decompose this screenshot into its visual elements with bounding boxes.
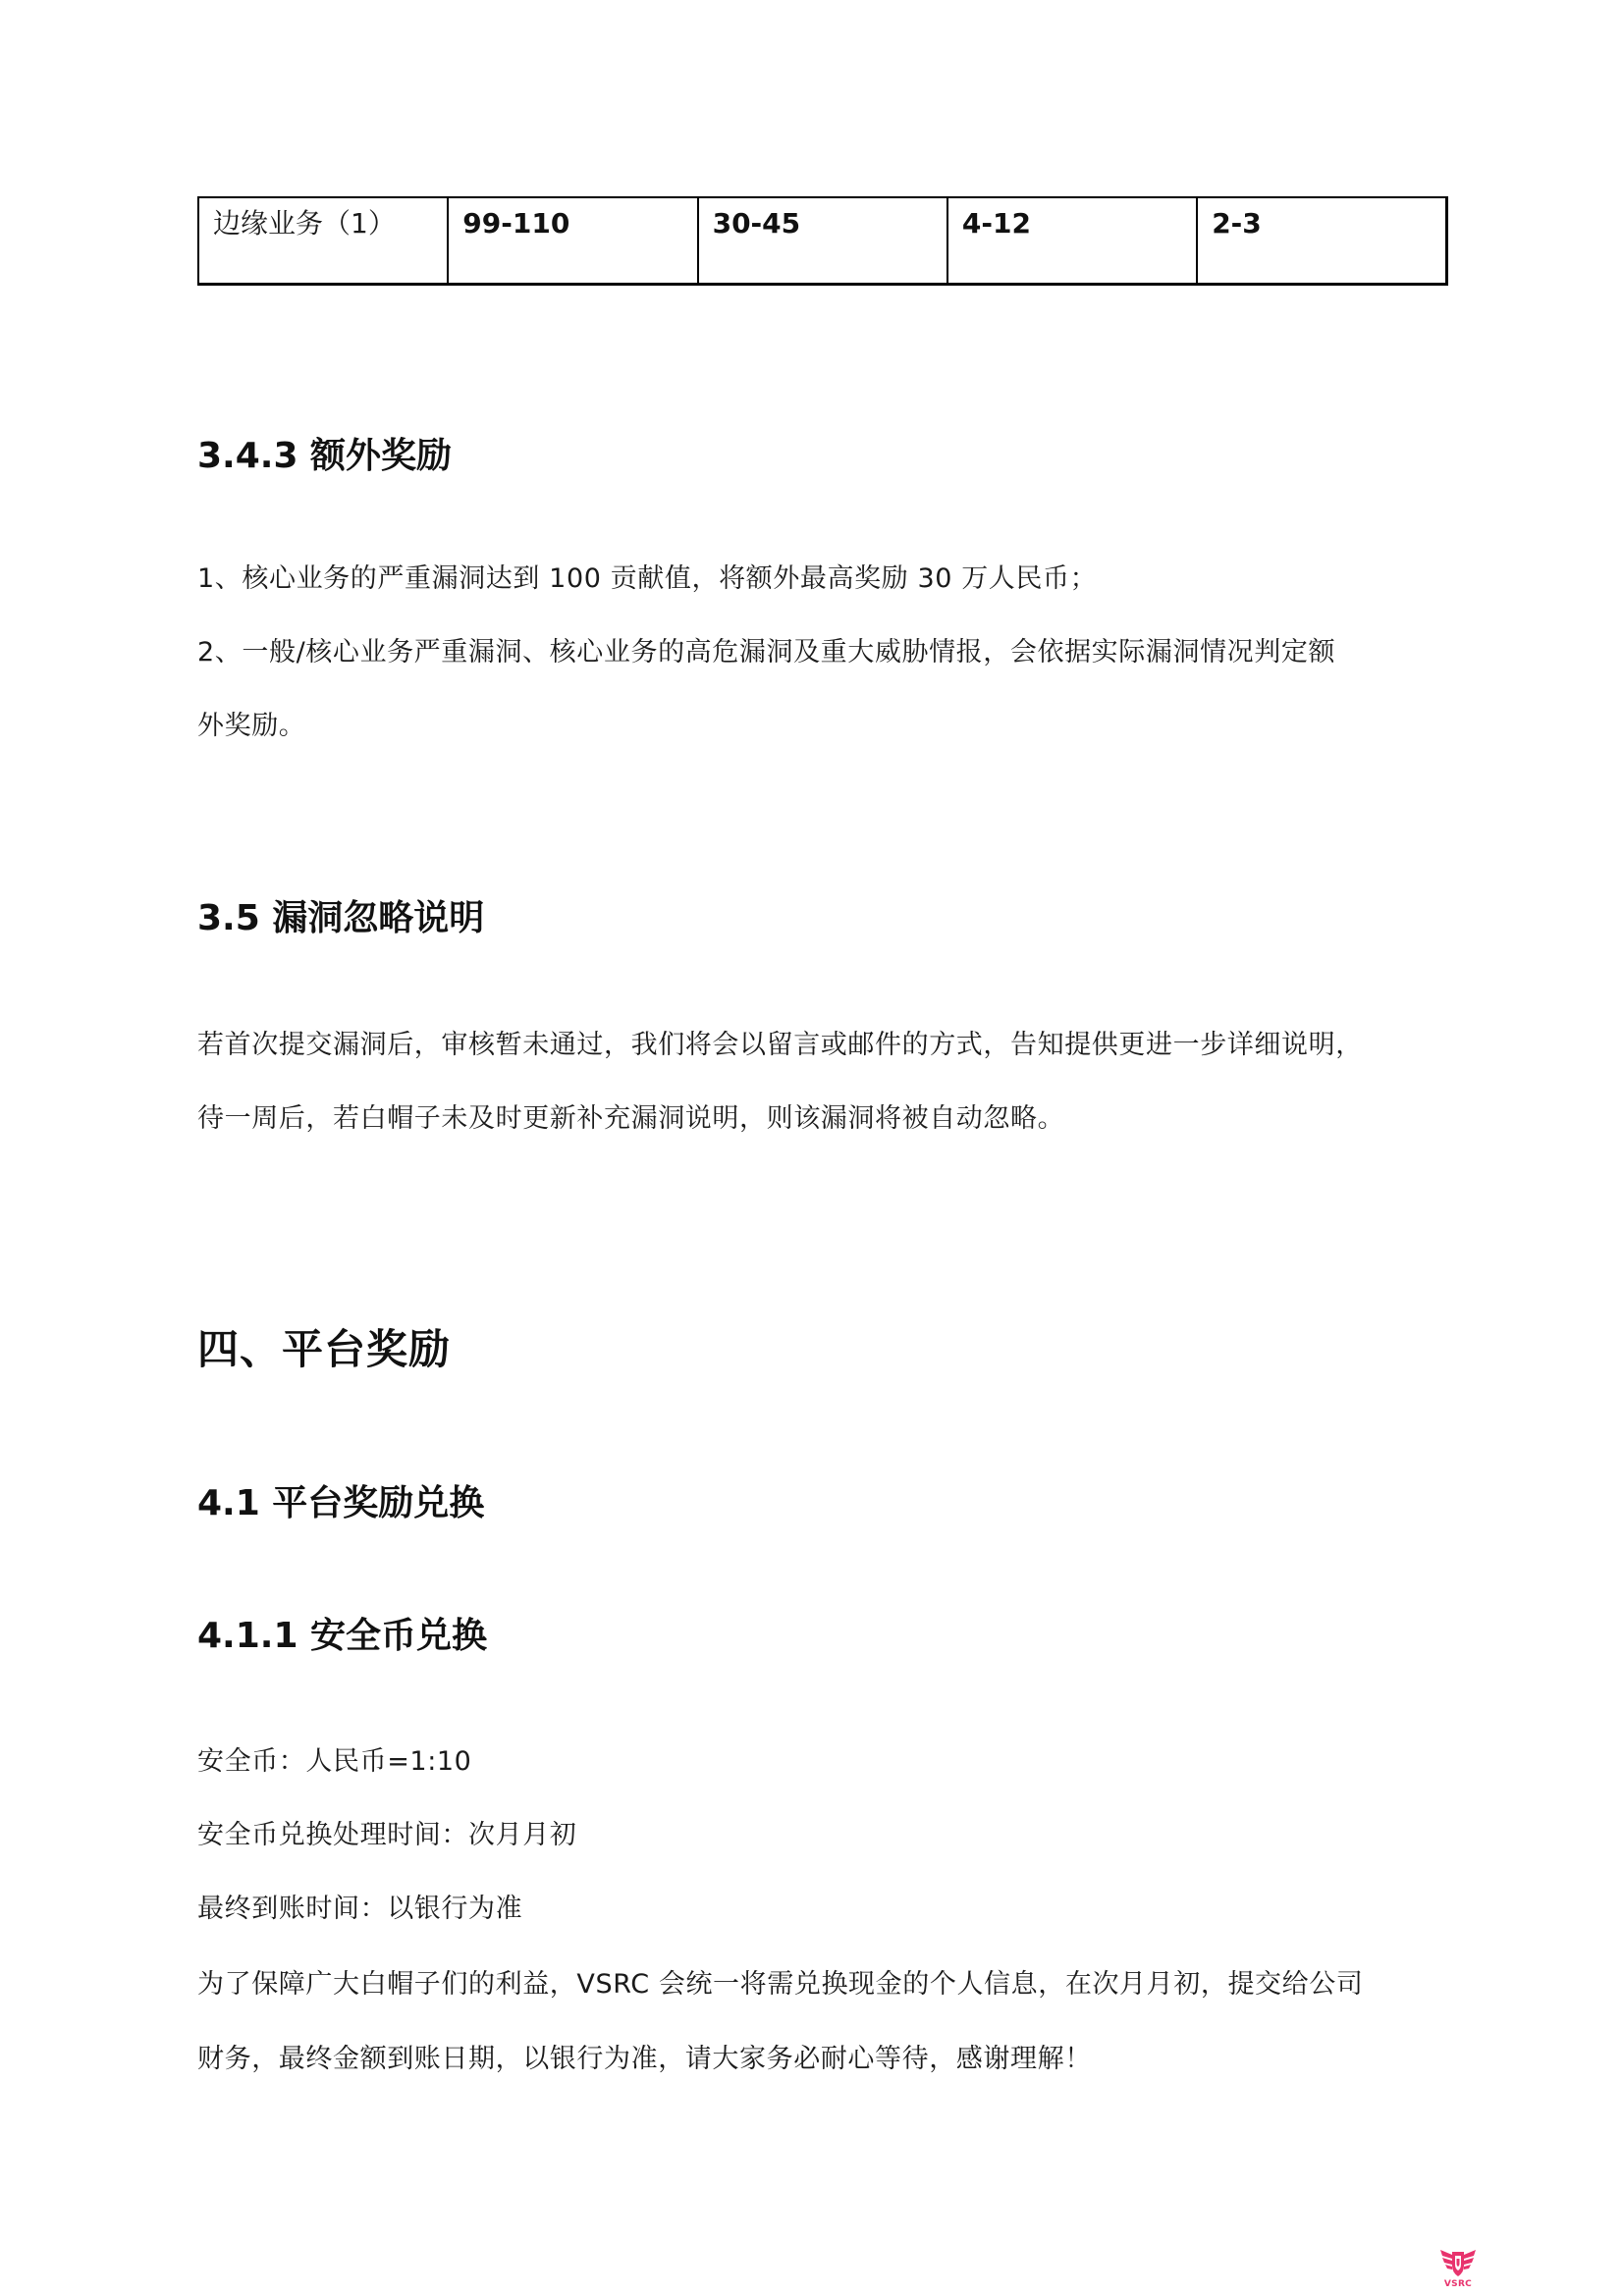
vsrc-logo: VSRC <box>1435 2246 1481 2293</box>
heading-4-1: 4.1 平台奖励兑换 <box>197 1482 484 1525</box>
heading-3-4-3: 3.4.3 额外奖励 <box>197 435 452 478</box>
table-cell-value-2: 30-45 <box>698 197 947 285</box>
arrival-time-line: 最终到账时间：以银行为准 <box>197 1893 522 1926</box>
table-cell-category: 边缘业务（1） <box>198 197 448 285</box>
exchange-rate-line: 安全币：人民币=1:10 <box>197 1745 471 1779</box>
processing-time-line: 安全币兑换处理时间：次月月初 <box>197 1819 576 1852</box>
extra-reward-line-2: 2、一般/核心业务严重漏洞、核心业务的高危漏洞及重大威胁情报，会依据实际漏洞情况… <box>197 636 1335 669</box>
winged-shield-icon <box>1438 2246 1478 2279</box>
heading-4-1-1: 4.1.1 安全币兑换 <box>197 1615 487 1658</box>
heading-4: 四、平台奖励 <box>197 1326 451 1373</box>
ignore-policy-line-2: 待一周后，若白帽子未及时更新补充漏洞说明，则该漏洞将被自动忽略。 <box>197 1102 1064 1136</box>
reward-table: 边缘业务（1） 99-110 30-45 4-12 2-3 <box>197 196 1448 286</box>
exchange-note-line-1: 为了保障广大白帽子们的利益，VSRC 会统一将需兑换现金的个人信息，在次月月初，… <box>197 1968 1363 2002</box>
table-cell-value-1: 99-110 <box>448 197 697 285</box>
table-cell-value-4: 2-3 <box>1197 197 1446 285</box>
logo-text: VSRC <box>1435 2279 1481 2289</box>
table-cell-value-3: 4-12 <box>947 197 1197 285</box>
table-row: 边缘业务（1） 99-110 30-45 4-12 2-3 <box>198 197 1447 285</box>
heading-3-5: 3.5 漏洞忽略说明 <box>197 897 484 940</box>
exchange-note-line-2: 财务，最终金额到账日期，以银行为准，请大家务必耐心等待，感谢理解！ <box>197 2043 1092 2076</box>
extra-reward-line-1: 1、核心业务的严重漏洞达到 100 贡献值，将额外最高奖励 30 万人民币； <box>197 562 1097 596</box>
ignore-policy-line-1: 若首次提交漏洞后，审核暂未通过，我们将会以留言或邮件的方式，告知提供更进一步详细… <box>197 1029 1363 1062</box>
extra-reward-line-3: 外奖励。 <box>197 710 305 743</box>
